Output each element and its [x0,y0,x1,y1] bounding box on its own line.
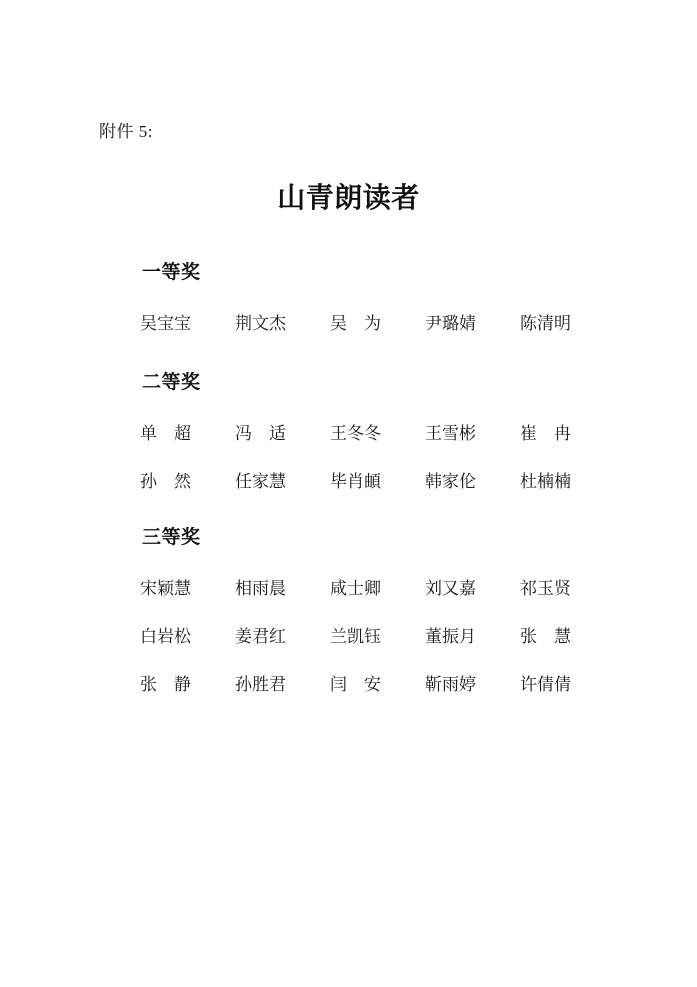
awardee-name: 兰凯钰 [330,628,381,645]
awardee-name: 尹璐婧 [425,315,476,332]
third-prize-row-3: 张 静 孙胜君 闫 安 靳雨婷 许倩倩 [140,676,571,693]
second-prize-row-1: 单 超 冯 适 王冬冬 王雪彬 崔 冉 [140,425,571,442]
document-title: 山青朗读者 [0,184,697,212]
awardee-name: 白岩松 [140,628,191,645]
awardee-name: 孙胜君 [235,676,286,693]
section-heading-second-prize: 二等奖 [142,373,201,392]
awardee-name: 刘又嘉 [425,580,476,597]
awardee-name: 相雨晨 [235,580,286,597]
third-prize-row-1: 宋颖慧 相雨晨 咸士卿 刘又嘉 祁玉贤 [140,580,571,597]
awardee-name: 许倩倩 [520,676,571,693]
awardee-name: 王冬冬 [330,425,381,442]
third-prize-row-2: 白岩松 姜君红 兰凯钰 董振月 张 慧 [140,628,571,645]
section-heading-first-prize: 一等奖 [142,263,201,282]
awardee-name: 韩家伦 [425,473,476,490]
awardee-name: 董振月 [425,628,476,645]
awardee-name: 张 静 [140,676,191,693]
section-heading-third-prize: 三等奖 [142,528,201,547]
awardee-name: 任家慧 [235,473,286,490]
awardee-name: 咸士卿 [330,580,381,597]
awardee-name: 荆文杰 [235,315,286,332]
awardee-name: 姜君红 [235,628,286,645]
first-prize-row-1: 吴宝宝 荆文杰 吴 为 尹璐婧 陈清明 [140,315,571,332]
awardee-name: 祁玉贤 [520,580,571,597]
awardee-name: 杜楠楠 [520,473,571,490]
document-page: 附件 5: 山青朗读者 一等奖 吴宝宝 荆文杰 吴 为 尹璐婧 陈清明 二等奖 … [0,0,697,987]
awardee-name: 孙 然 [140,473,191,490]
awardee-name: 陈清明 [520,315,571,332]
awardee-name: 靳雨婷 [425,676,476,693]
awardee-name: 宋颖慧 [140,580,191,597]
awardee-name: 崔 冉 [520,425,571,442]
awardee-name: 吴宝宝 [140,315,191,332]
awardee-name: 闫 安 [330,676,381,693]
awardee-name: 冯 适 [235,425,286,442]
second-prize-row-2: 孙 然 任家慧 毕肖頔 韩家伦 杜楠楠 [140,473,571,490]
attachment-label: 附件 5: [99,123,153,140]
awardee-name: 吴 为 [330,315,381,332]
awardee-name: 张 慧 [520,628,571,645]
awardee-name: 毕肖頔 [330,473,381,490]
awardee-name: 王雪彬 [425,425,476,442]
awardee-name: 单 超 [140,425,191,442]
